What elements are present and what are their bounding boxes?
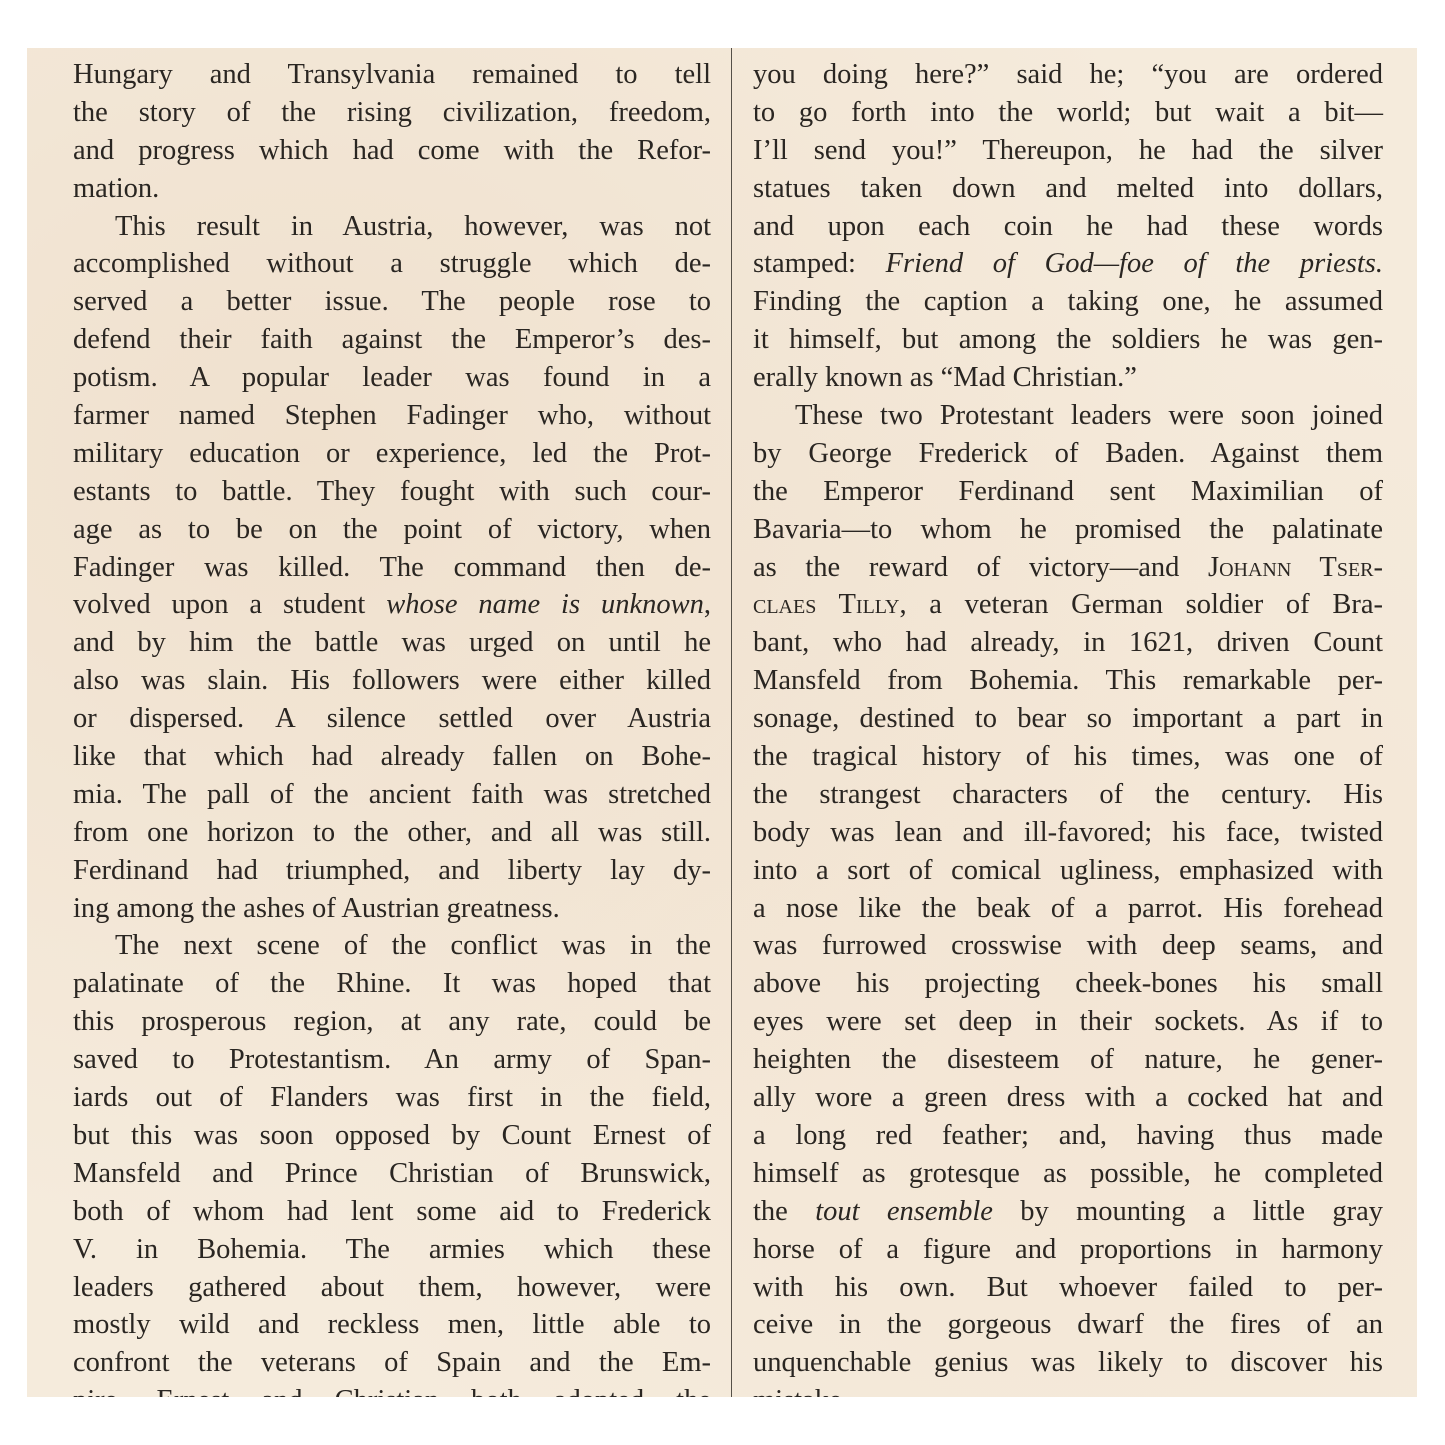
line-text: iards out of Flanders was first in the f…: [73, 1082, 711, 1113]
line-text: was furrowed crosswise with deep seams, …: [753, 930, 1383, 961]
text-line: accomplished without a struggle which de…: [73, 245, 711, 283]
text-line: Mansfeld from Bohemia. This remarkable p…: [753, 662, 1383, 700]
text-line: Finding the caption a taking one, he ass…: [753, 283, 1383, 321]
line-text: defend their faith against the Emperor’s…: [73, 324, 711, 355]
italic-phrase: tout ensemble: [815, 1196, 993, 1227]
text-line: palatinate of the Rhine. It was hoped th…: [73, 965, 711, 1003]
line-text: by mounting a little gray: [993, 1196, 1383, 1227]
text-line: himself as grotesque as possible, he com…: [753, 1155, 1383, 1193]
line-text: mistake.: [753, 1385, 849, 1397]
text-line: this prosperous region, at any rate, cou…: [73, 1003, 711, 1041]
line-text: a nose like the beak of a parrot. His fo…: [753, 893, 1383, 924]
text-line: and progress which had come with the Ref…: [73, 132, 711, 170]
line-text: this prosperous region, at any rate, cou…: [73, 1006, 711, 1037]
text-line: ceive in the gorgeous dwarf the fires of…: [753, 1306, 1383, 1344]
text-line: from one horizon to the other, and all w…: [73, 814, 711, 852]
line-text: ceive in the gorgeous dwarf the fires of…: [753, 1309, 1383, 1340]
text-line: defend their faith against the Emperor’s…: [73, 321, 711, 359]
italic-phrase: Friend of God—foe of the priests.: [886, 248, 1383, 279]
line-text: horse of a figure and proportions in har…: [753, 1234, 1383, 1265]
line-text: volved upon a student: [73, 589, 386, 620]
line-text: Fadinger was killed. The command then de…: [73, 552, 711, 583]
text-line: Hungary and Transylvania remained to tel…: [73, 56, 711, 94]
text-line: estants to battle. They fought with such…: [73, 473, 711, 511]
text-line: you doing here?” said he; “you are order…: [753, 56, 1383, 94]
column-divider: [731, 48, 732, 1397]
line-text: ally wore a green dress with a cocked ha…: [753, 1082, 1383, 1113]
line-text: and upon each coin he had these words: [753, 211, 1383, 242]
text-line: the tout ensemble by mounting a little g…: [753, 1193, 1383, 1231]
line-text: mostly wild and reckless men, little abl…: [73, 1309, 711, 1340]
text-line: iards out of Flanders was first in the f…: [73, 1079, 711, 1117]
text-line: bant, who had already, in 1621, driven C…: [753, 624, 1383, 662]
text-line: by George Frederick of Baden. Against th…: [753, 435, 1383, 473]
text-line: farmer named Stephen Fadinger who, witho…: [73, 397, 711, 435]
text-line: but this was soon opposed by Count Ernes…: [73, 1117, 711, 1155]
text-line: confront the veterans of Spain and the E…: [73, 1344, 711, 1382]
line-text: confront the veterans of Spain and the E…: [73, 1347, 711, 1378]
text-line: and by him the battle was urged on until…: [73, 624, 711, 662]
text-line: eyes were set deep in their sockets. As …: [753, 1003, 1383, 1041]
text-line: age as to be on the point of victory, wh…: [73, 511, 711, 549]
text-line: above his projecting cheek-bones his sma…: [753, 965, 1383, 1003]
line-text: eyes were set deep in their sockets. As …: [753, 1006, 1383, 1037]
line-text: and progress which had come with the Ref…: [73, 135, 711, 166]
text-line: like that which had already fallen on Bo…: [73, 738, 711, 776]
line-text: Hungary and Transylvania remained to tel…: [73, 59, 711, 90]
text-line: leaders gathered about them, however, we…: [73, 1269, 711, 1307]
line-text: to go forth into the world; but wait a b…: [753, 97, 1383, 128]
line-text: erally known as “Mad Christian.”: [753, 362, 1137, 393]
text-line: heighten the disesteem of nature, he gen…: [753, 1041, 1383, 1079]
line-text: potism. A popular leader was found in a: [73, 362, 711, 393]
line-text: the Emperor Ferdinand sent Maximilian of: [753, 476, 1383, 507]
line-text: also was slain. His followers were eithe…: [73, 665, 711, 696]
line-text: stamped:: [753, 248, 886, 279]
line-text: into a sort of comical ugliness, emphasi…: [753, 855, 1383, 886]
small-caps-name: Johann Tser-: [1208, 552, 1383, 583]
line-text: both of whom had lent some aid to Freder…: [73, 1196, 711, 1227]
line-text: sonage, destined to bear so important a …: [753, 703, 1383, 734]
line-text: estants to battle. They fought with such…: [73, 476, 711, 507]
line-text: accomplished without a struggle which de…: [73, 248, 711, 279]
line-text: but this was soon opposed by Count Ernes…: [73, 1120, 711, 1151]
line-text: leaders gathered about them, however, we…: [73, 1272, 711, 1303]
text-line: Mansfeld and Prince Christian of Brunswi…: [73, 1155, 711, 1193]
line-text: This result in Austria, however, was not: [115, 211, 711, 242]
line-text: mia. The pall of the ancient faith was s…: [73, 779, 711, 810]
text-line: served a better issue. The people rose t…: [73, 283, 711, 321]
line-text: from one horizon to the other, and all w…: [73, 817, 711, 848]
line-text: Mansfeld from Bohemia. This remarkable p…: [753, 665, 1383, 696]
text-line: or dispersed. A silence settled over Aus…: [73, 700, 711, 738]
text-line: horse of a figure and proportions in har…: [753, 1231, 1383, 1269]
line-text: above his projecting cheek-bones his sma…: [753, 968, 1383, 999]
line-text: I’ll send you!” Thereupon, he had the si…: [753, 135, 1383, 166]
text-line: statues taken down and melted into dolla…: [753, 170, 1383, 208]
line-text: The next scene of the conflict was in th…: [115, 930, 711, 961]
text-line: pire. Ernest and Christian both adopted …: [73, 1382, 711, 1397]
line-text: V. in Bohemia. The armies which these: [73, 1234, 711, 1265]
line-text: like that which had already fallen on Bo…: [73, 741, 711, 772]
text-line: ing among the ashes of Austrian greatnes…: [73, 890, 711, 928]
line-text: Bavaria—to whom he promised the palatina…: [753, 514, 1383, 545]
text-line: mostly wild and reckless men, little abl…: [73, 1306, 711, 1344]
left-column: Hungary and Transylvania remained to tel…: [73, 56, 711, 1397]
text-line: was furrowed crosswise with deep seams, …: [753, 927, 1383, 965]
line-text: unquenchable genius was likely to discov…: [753, 1347, 1383, 1378]
line-text: a long red feather; and, having thus mad…: [753, 1120, 1383, 1151]
text-line: the Emperor Ferdinand sent Maximilian of: [753, 473, 1383, 511]
text-line: V. in Bohemia. The armies which these: [73, 1231, 711, 1269]
line-text: as the reward of victory—and: [753, 552, 1208, 583]
text-line: it himself, but among the soldiers he wa…: [753, 321, 1383, 359]
text-line: ally wore a green dress with a cocked ha…: [753, 1079, 1383, 1117]
line-text: and by him the battle was urged on until…: [73, 627, 711, 658]
line-text: military education or experience, led th…: [73, 438, 711, 469]
text-line: potism. A popular leader was found in a: [73, 359, 711, 397]
line-text: Finding the caption a taking one, he ass…: [753, 286, 1383, 317]
italic-phrase: whose name is unknown: [386, 589, 704, 620]
text-line: Ferdinand had triumphed, and liberty lay…: [73, 852, 711, 890]
text-line: unquenchable genius was likely to discov…: [753, 1344, 1383, 1382]
line-text: ,: [704, 589, 711, 620]
line-text: you doing here?” said he; “you are order…: [753, 59, 1383, 90]
text-line: The next scene of the conflict was in th…: [73, 927, 711, 965]
text-line: to go forth into the world; but wait a b…: [753, 94, 1383, 132]
text-line: the story of the rising civilization, fr…: [73, 94, 711, 132]
document-page: Hungary and Transylvania remained to tel…: [27, 48, 1417, 1397]
line-text: pire. Ernest and Christian both adopted …: [73, 1385, 711, 1397]
line-text: age as to be on the point of victory, wh…: [73, 514, 711, 545]
line-text: body was lean and ill-favored; his face,…: [753, 817, 1383, 848]
line-text: farmer named Stephen Fadinger who, witho…: [73, 400, 711, 431]
text-line: This result in Austria, however, was not: [73, 208, 711, 246]
line-text: served a better issue. The people rose t…: [73, 286, 711, 317]
text-line: with his own. But whoever failed to per-: [753, 1269, 1383, 1307]
text-line: These two Protestant leaders were soon j…: [753, 397, 1383, 435]
line-text: the tragical history of his times, was o…: [753, 741, 1383, 772]
line-text: the strangest characters of the century.…: [753, 779, 1383, 810]
line-text: Mansfeld and Prince Christian of Brunswi…: [73, 1158, 711, 1189]
line-text: ing among the ashes of Austrian greatnes…: [73, 893, 560, 924]
line-text: heighten the disesteem of nature, he gen…: [753, 1044, 1383, 1075]
line-text: statues taken down and melted into dolla…: [753, 173, 1383, 204]
line-text: bant, who had already, in 1621, driven C…: [753, 627, 1383, 658]
line-text: the: [753, 1196, 815, 1227]
small-caps-name: claes Tilly: [753, 589, 899, 620]
text-line: volved upon a student whose name is unkn…: [73, 586, 711, 624]
text-line: Bavaria—to whom he promised the palatina…: [753, 511, 1383, 549]
text-line: the strangest characters of the century.…: [753, 776, 1383, 814]
text-line: also was slain. His followers were eithe…: [73, 662, 711, 700]
text-line: erally known as “Mad Christian.”: [753, 359, 1383, 397]
text-line: military education or experience, led th…: [73, 435, 711, 473]
line-text: These two Protestant leaders were soon j…: [795, 400, 1383, 431]
text-line: as the reward of victory—and Johann Tser…: [753, 549, 1383, 587]
text-line: mia. The pall of the ancient faith was s…: [73, 776, 711, 814]
line-text: saved to Protestantism. An army of Span-: [73, 1044, 711, 1075]
text-line: a nose like the beak of a parrot. His fo…: [753, 890, 1383, 928]
text-line: and upon each coin he had these words: [753, 208, 1383, 246]
line-text: the story of the rising civilization, fr…: [73, 97, 711, 128]
text-line: into a sort of comical ugliness, emphasi…: [753, 852, 1383, 890]
text-line: I’ll send you!” Thereupon, he had the si…: [753, 132, 1383, 170]
line-text: with his own. But whoever failed to per-: [753, 1272, 1383, 1303]
text-line: claes Tilly, a veteran German soldier of…: [753, 586, 1383, 624]
text-line: body was lean and ill-favored; his face,…: [753, 814, 1383, 852]
line-text: by George Frederick of Baden. Against th…: [753, 438, 1383, 469]
line-text: himself as grotesque as possible, he com…: [753, 1158, 1383, 1189]
line-text: or dispersed. A silence settled over Aus…: [73, 703, 711, 734]
text-line: the tragical history of his times, was o…: [753, 738, 1383, 776]
line-text: Ferdinand had triumphed, and liberty lay…: [73, 855, 711, 886]
line-text: it himself, but among the soldiers he wa…: [753, 324, 1383, 355]
text-line: saved to Protestantism. An army of Span-: [73, 1041, 711, 1079]
line-text: , a veteran German soldier of Bra-: [899, 589, 1383, 620]
right-column: you doing here?” said he; “you are order…: [753, 56, 1383, 1397]
text-line: stamped: Friend of God—foe of the priest…: [753, 245, 1383, 283]
text-line: a long red feather; and, having thus mad…: [753, 1117, 1383, 1155]
text-line: sonage, destined to bear so important a …: [753, 700, 1383, 738]
text-line: mation.: [73, 170, 711, 208]
text-line: mistake.: [753, 1382, 1383, 1397]
text-line: Fadinger was killed. The command then de…: [73, 549, 711, 587]
line-text: palatinate of the Rhine. It was hoped th…: [73, 968, 711, 999]
line-text: mation.: [73, 173, 159, 204]
text-line: both of whom had lent some aid to Freder…: [73, 1193, 711, 1231]
